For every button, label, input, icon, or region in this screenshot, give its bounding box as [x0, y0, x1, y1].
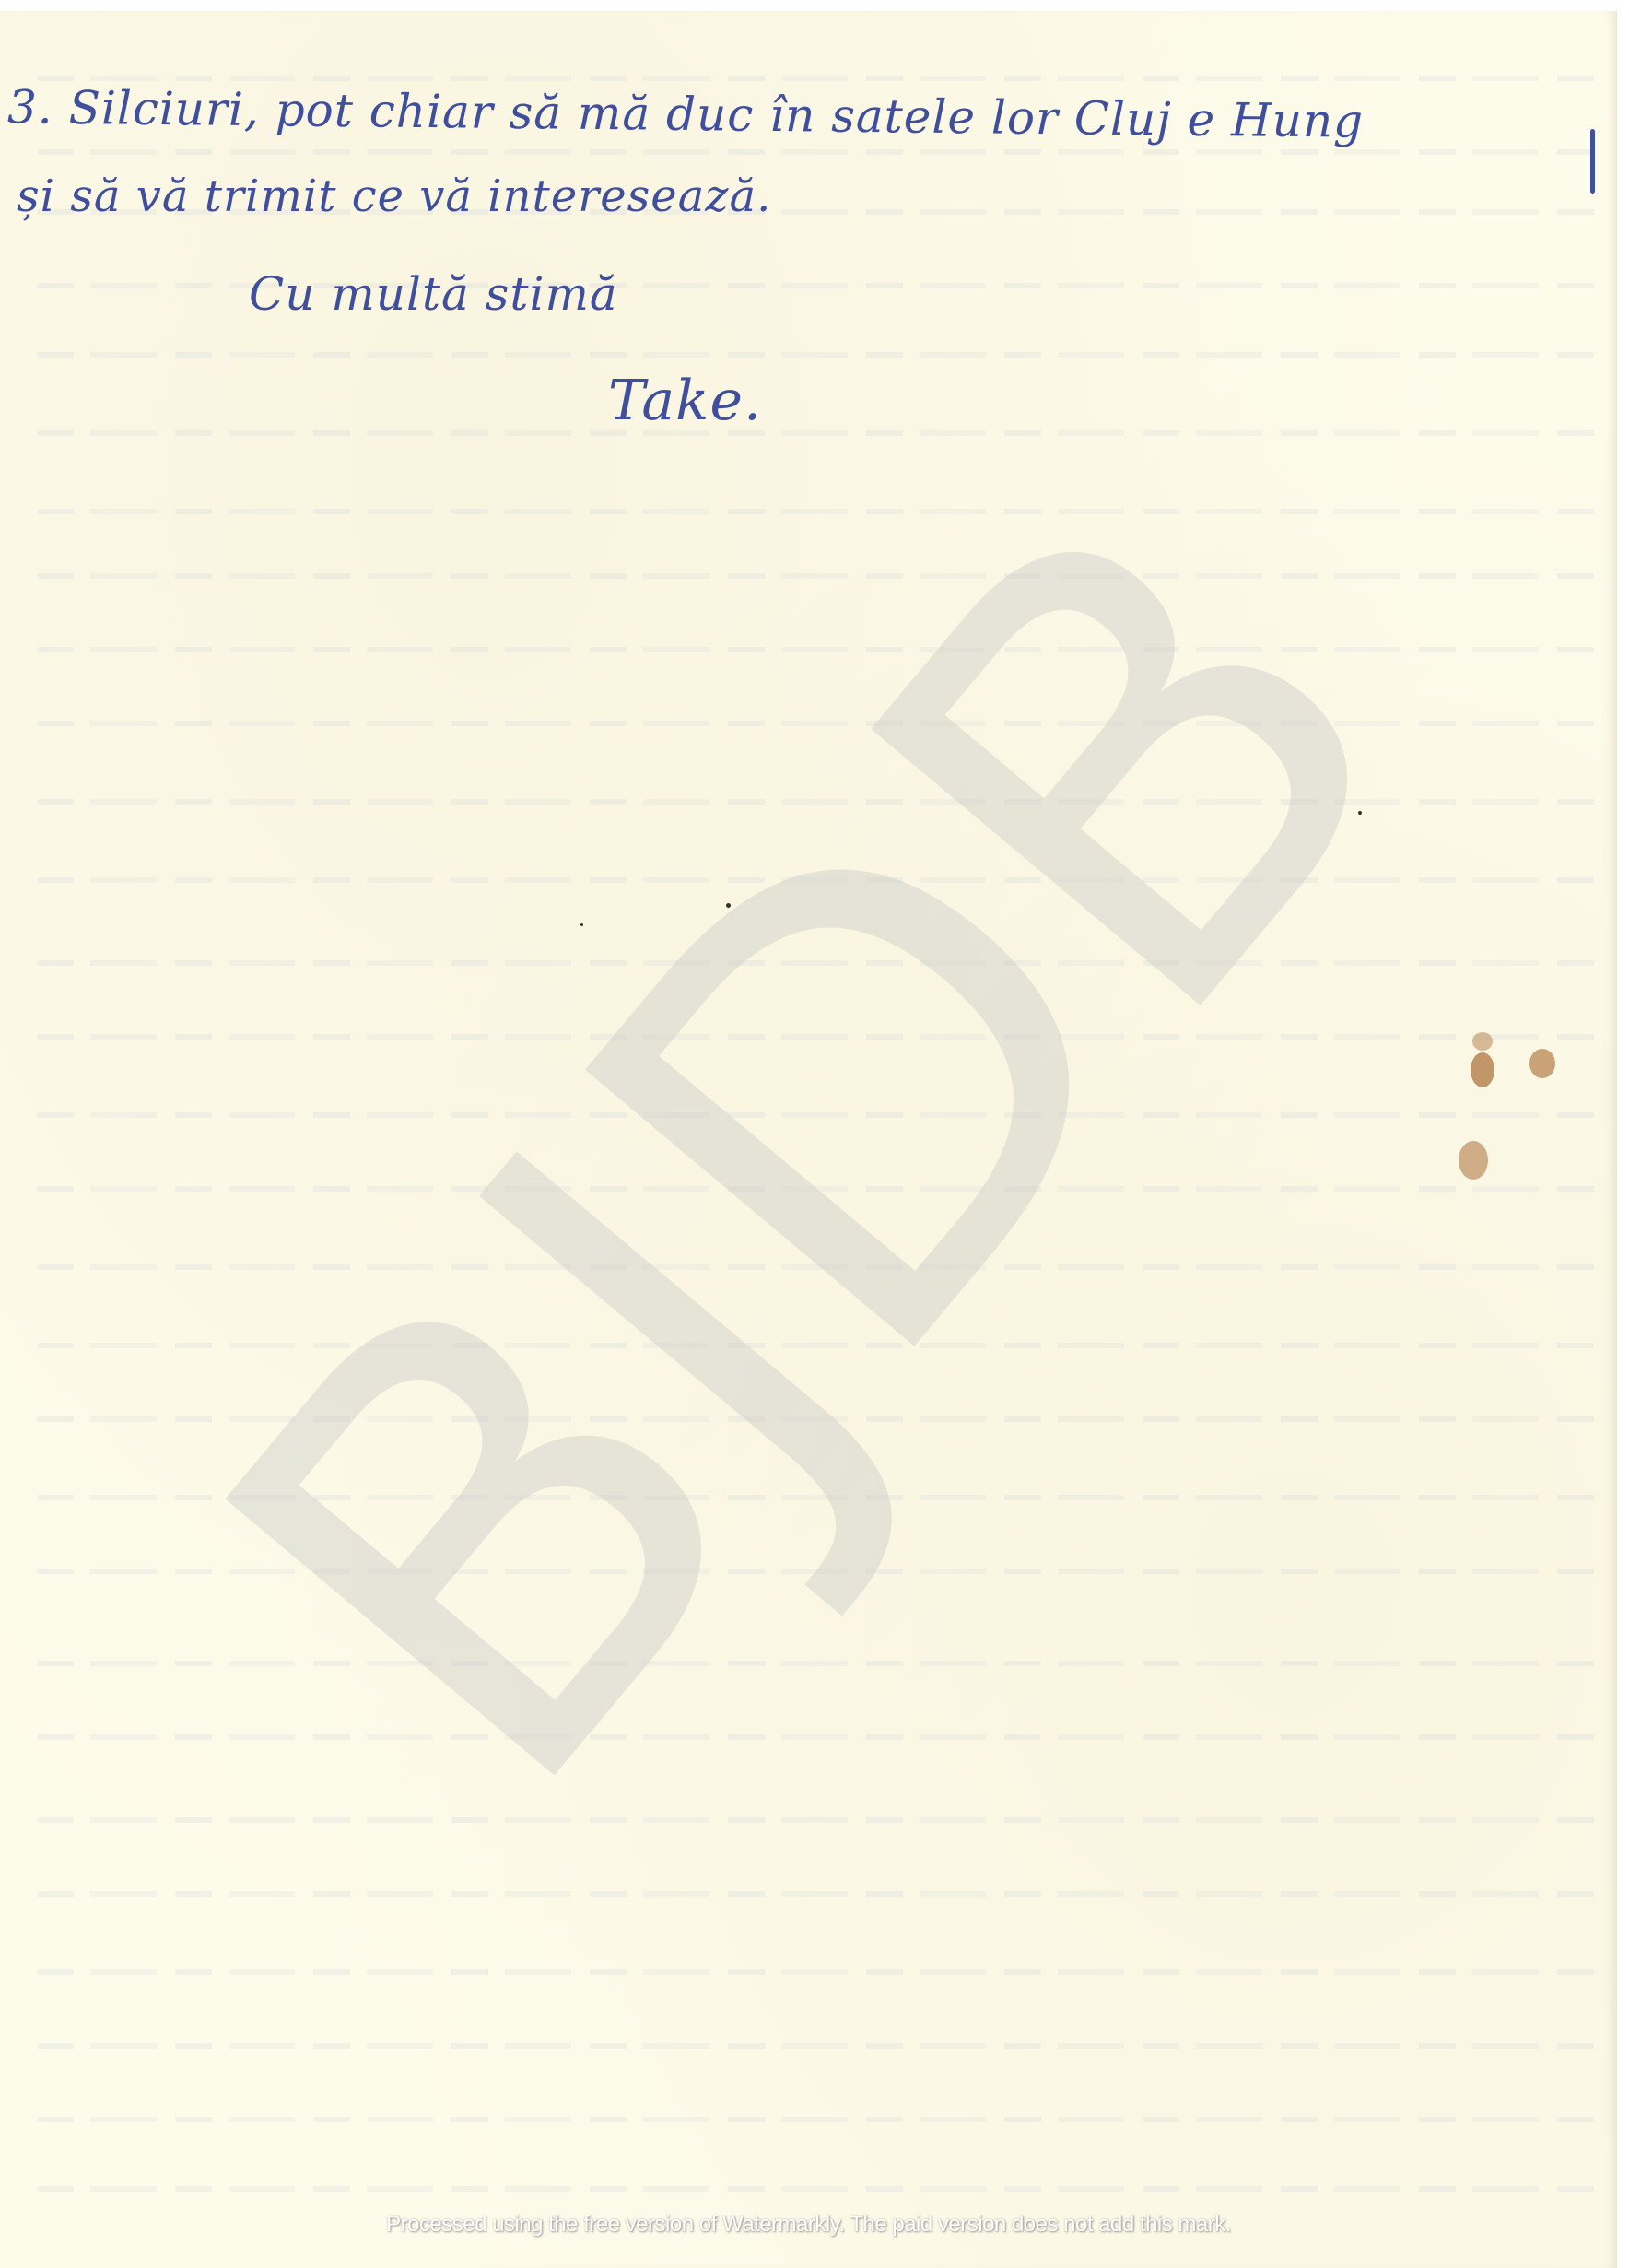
paper-speck: [1358, 811, 1362, 815]
bleed-through-line: [37, 1661, 1599, 1666]
bleed-through-line: [37, 1343, 1599, 1348]
paper-speck: [726, 903, 731, 908]
paper-speck: [580, 923, 583, 926]
bleed-through-line: [37, 960, 1599, 966]
ink-stain: [1472, 1032, 1493, 1051]
bleed-through-line: [37, 1112, 1599, 1118]
watermarkly-notice: Processed using the free version of Wate…: [0, 2212, 1617, 2238]
bleed-through-line: [37, 877, 1599, 883]
bleed-through-line: [37, 2117, 1599, 2122]
bleed-through-line: [37, 149, 1599, 155]
bleed-through-line: [37, 647, 1599, 652]
letter-signature: Take.: [608, 369, 762, 433]
bleed-through-line: [37, 76, 1599, 81]
ink-stain: [1459, 1141, 1488, 1180]
bleed-through-line: [37, 2043, 1599, 2049]
bleed-through-line: [37, 430, 1599, 436]
ink-stain: [1471, 1052, 1494, 1087]
bleed-through-line: [37, 1416, 1599, 1422]
bleed-through-line: [37, 573, 1599, 579]
bleed-through-line: [37, 1891, 1599, 1897]
bleed-through-line: [37, 1495, 1599, 1500]
bleed-through-line: [37, 1264, 1599, 1270]
bleed-through-line: [37, 1817, 1599, 1823]
ink-stain: [1529, 1049, 1555, 1078]
bleed-through-line: [37, 352, 1599, 358]
bleed-through-line: [37, 1969, 1599, 1975]
letter-line-2: și să vă trimit ce vă interesează.: [17, 170, 771, 222]
letter-closing: Cu multă stimă: [249, 267, 618, 321]
bleed-through-line: [37, 509, 1599, 514]
bleed-through-line: [37, 721, 1599, 726]
bleed-through-line: [37, 1186, 1599, 1192]
bleed-through-line: [37, 799, 1599, 805]
ink-stroke: [1590, 129, 1595, 194]
letter-page: [0, 11, 1617, 2268]
bleed-through-line: [37, 1034, 1599, 1040]
bleed-through-line: [37, 1734, 1599, 1740]
bleed-through-line: [37, 2186, 1599, 2192]
bleed-through-line: [37, 1569, 1599, 1574]
